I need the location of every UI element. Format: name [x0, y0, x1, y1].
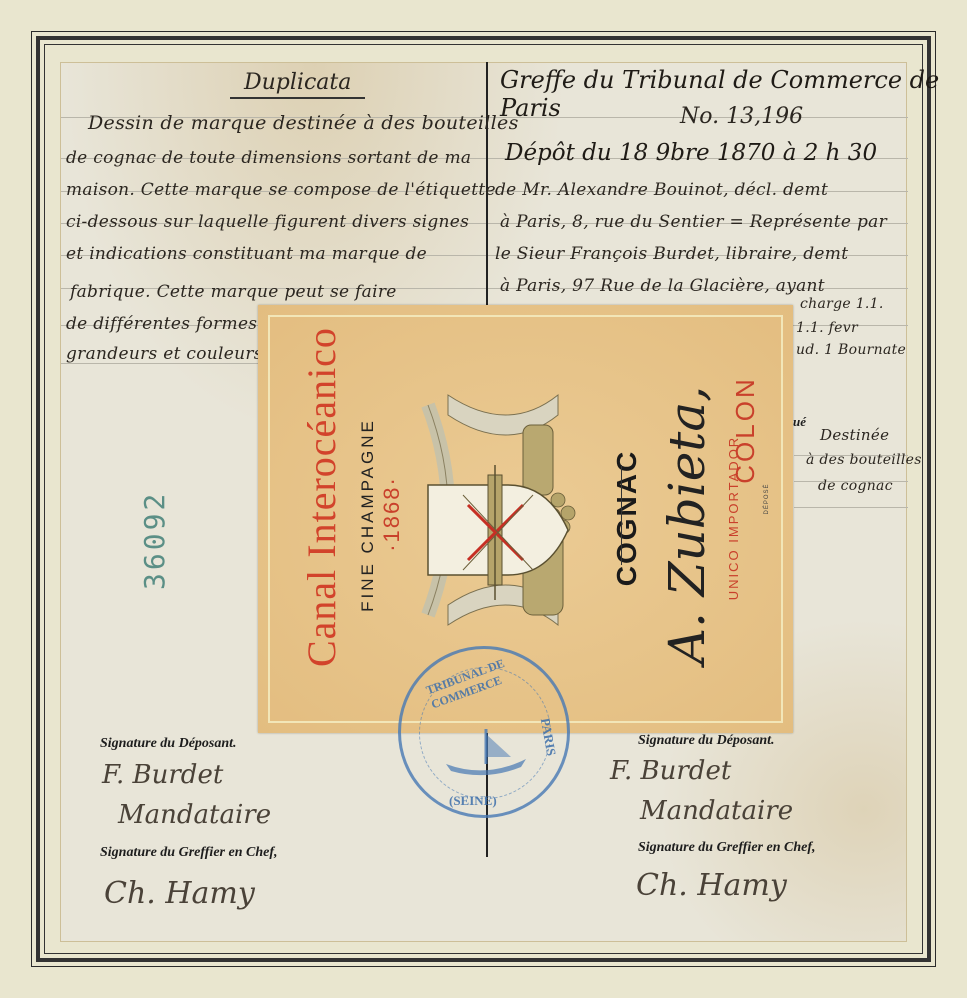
serial-number-stamp: 36092: [138, 590, 237, 623]
left-line: de différentes formes: [66, 314, 257, 334]
left-line: ci-dessous sur laquelle figurent divers …: [66, 212, 469, 232]
crest-emblem-icon: [408, 375, 608, 645]
right-line: 1.1. fevr: [796, 320, 858, 336]
ship-emblem-icon: [441, 729, 531, 779]
note-line: de cognac: [818, 478, 893, 494]
clerk-signature-left: Ch. Hamy: [104, 876, 255, 911]
note-line: à des bouteilles: [806, 452, 922, 468]
depositor-title-right: Mandataire: [640, 796, 793, 826]
left-line: maison. Cette marque se compose de l'éti…: [66, 180, 496, 200]
label-product: COGNAC: [611, 428, 645, 608]
right-line: ud. 1 Bournate: [796, 342, 906, 358]
right-line: de Mr. Alexandre Bouinot, décl. demt: [495, 180, 828, 200]
label-year: ·1868·: [379, 464, 405, 564]
left-line: Dessin de marque destinée à des bouteill…: [88, 112, 519, 134]
seal-bottom-text: (SEINE): [449, 793, 497, 809]
deposit-date: Dépôt du 18 9bre 1870 à 2 h 30: [505, 140, 877, 166]
duplicata-heading: Duplicata: [230, 70, 365, 99]
clerk-signature-right: Ch. Hamy: [636, 868, 787, 903]
label-city: COLON: [730, 370, 760, 490]
depositor-signature-label-right: Signature du Déposant.: [638, 733, 775, 749]
depositor-signature-left: F. Burdet: [102, 760, 223, 790]
left-line: de cognac de toute dimensions sortant de…: [66, 148, 471, 168]
clerk-signature-label-right: Signature du Greffier en Chef,: [638, 840, 815, 856]
depositor-signature-right: F. Burdet: [610, 756, 731, 786]
deposit-number: No. 13,196: [680, 104, 803, 129]
label-maker: A. Zubieta,: [658, 365, 718, 685]
clerk-signature-label-left: Signature du Greffier en Chef,: [100, 845, 277, 861]
left-line: grandeurs et couleurs: [66, 344, 263, 364]
serial-number: 36092: [138, 491, 171, 590]
label-rule: [621, 465, 622, 565]
note-prefix: ué: [793, 414, 806, 430]
ruled-line: [794, 507, 908, 508]
right-line: le Sieur François Burdet, libraire, demt: [495, 244, 848, 264]
left-line: et indications constituant ma marque de: [66, 244, 427, 264]
right-line: charge 1.1.: [800, 296, 884, 312]
tribunal-seal-stamp: TRIBUNAL DE COMMERCE PARIS (SEINE): [398, 646, 570, 818]
depositor-signature-label-left: Signature du Déposant.: [100, 736, 237, 752]
label-depose-mark: DÉPOSÉ: [764, 479, 772, 519]
label-subtitle: FINE CHAMPAGNE: [358, 395, 378, 635]
note-line: Destinée: [820, 426, 889, 444]
left-line: fabrique. Cette marque peut se faire: [70, 282, 397, 302]
label-title: Canal Interocéanico: [298, 367, 342, 667]
right-line: à Paris, 8, rue du Sentier = Représente …: [500, 212, 887, 232]
depositor-title-left: Mandataire: [118, 800, 271, 830]
right-line: à Paris, 97 Rue de la Glacière, ayant: [500, 276, 825, 296]
